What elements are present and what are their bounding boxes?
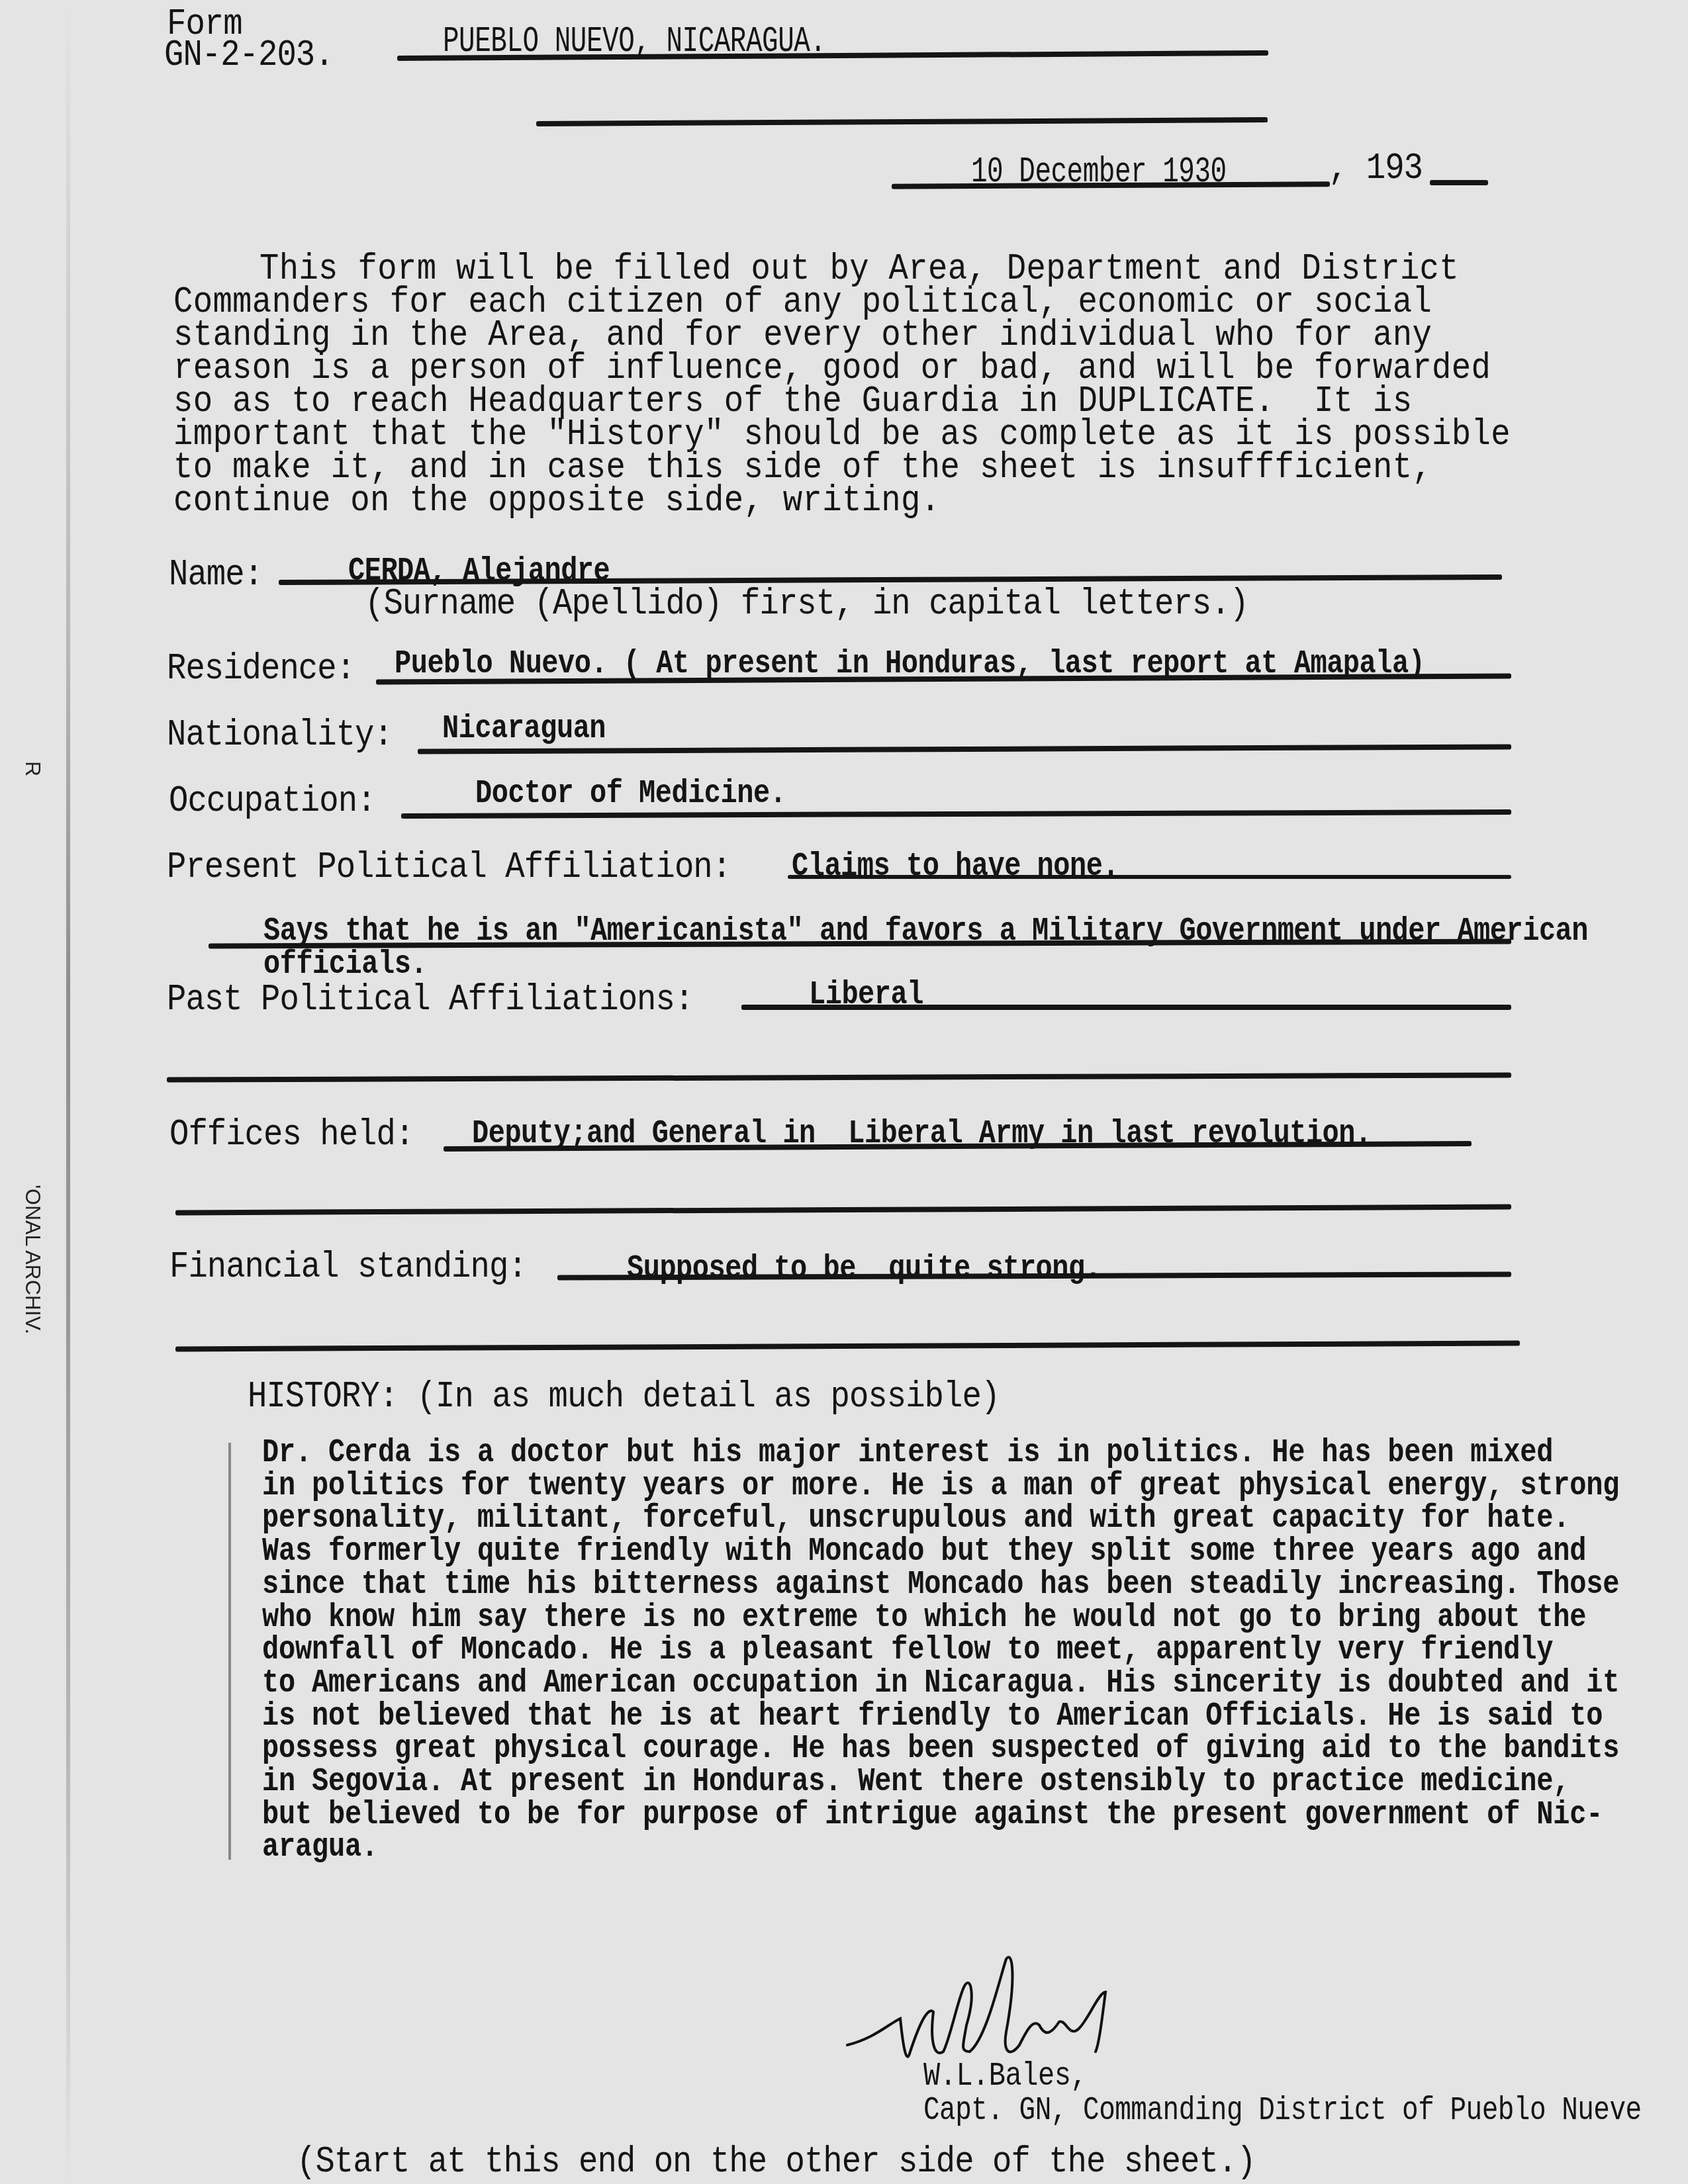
history-line: in Segovia. At present in Honduras. Went… (262, 1765, 1570, 1798)
date-year-prefix: , 193 (1329, 150, 1423, 187)
signatory-name: W.L.Bales, (923, 2060, 1087, 2093)
page-edge-shadow (66, 0, 70, 2184)
history-line: since that time his bitterness against M… (262, 1568, 1619, 1601)
history-line: aragua. (262, 1831, 378, 1864)
history-line: Dr. Cerda is a doctor but his major inte… (262, 1436, 1553, 1469)
financial-standing-value: Supposed to be quite strong. (627, 1252, 1101, 1285)
archive-stamp-top: R (21, 761, 45, 776)
offices-held-label: Offices held: (169, 1116, 414, 1153)
handwritten-signature (827, 1952, 1331, 2065)
signatory-title: Capt. GN, Commanding District of Pueblo … (923, 2095, 1642, 2128)
date-underline (892, 181, 1330, 189)
history-line: Was formerly quite friendly with Moncado… (262, 1535, 1586, 1568)
history-line: to Americans and American occupation in … (262, 1666, 1619, 1700)
archive-stamp: R 'ONAL ARCHIV. (20, 761, 46, 1357)
residence-label: Residence: (167, 650, 355, 687)
history-line: is not believed that he is at heart frie… (262, 1700, 1603, 1733)
history-line: personality, militant, forceful, unscrup… (262, 1502, 1570, 1535)
history-margin-line (228, 1443, 231, 1860)
history-line: downfall of Moncado. He is a pleasant fe… (262, 1633, 1553, 1666)
financial-standing-underline-2 (175, 1341, 1520, 1352)
present-political-label: Present Political Affiliation: (167, 848, 731, 886)
past-political-label: Past Political Affiliations: (167, 981, 693, 1018)
year-underline (1430, 180, 1488, 185)
history-line: who know him say there is no extreme to … (262, 1601, 1586, 1634)
signature-stroke (847, 1957, 1105, 2057)
offices-held-underline-2 (175, 1205, 1511, 1216)
present-political-underline (788, 875, 1511, 879)
name-hint: (Surname (Apellido) first, in capital le… (365, 585, 1248, 622)
occupation-label: Occupation: (169, 782, 375, 819)
archive-stamp-bottom: 'ONAL ARCHIV. (21, 1185, 45, 1334)
present-political-value-continued-2: officials. (263, 948, 427, 981)
past-political-underline-2 (167, 1072, 1511, 1082)
form-number: GN-2-203. (164, 36, 334, 73)
footer-note: (Start at this end on the other side of … (297, 2143, 1256, 2180)
nationality-value: Nicaraguan (442, 712, 606, 745)
nationality-label: Nationality: (167, 716, 393, 753)
history-line: but believed to be for purpose of intrig… (262, 1798, 1603, 1831)
instruction-line: continue on the opposite side, writing. (173, 482, 941, 519)
occupation-value: Doctor of Medicine. (475, 777, 786, 810)
name-label: Name: (169, 556, 263, 593)
history-line: in politics for twenty years or more. He… (262, 1469, 1619, 1502)
second-underline (536, 117, 1268, 126)
history-line: possess great physical courage. He has b… (262, 1732, 1619, 1765)
history-label: HISTORY: (In as much detail as possible) (248, 1378, 1000, 1415)
past-political-underline (741, 1005, 1511, 1010)
financial-standing-label: Financial standing: (169, 1248, 527, 1285)
